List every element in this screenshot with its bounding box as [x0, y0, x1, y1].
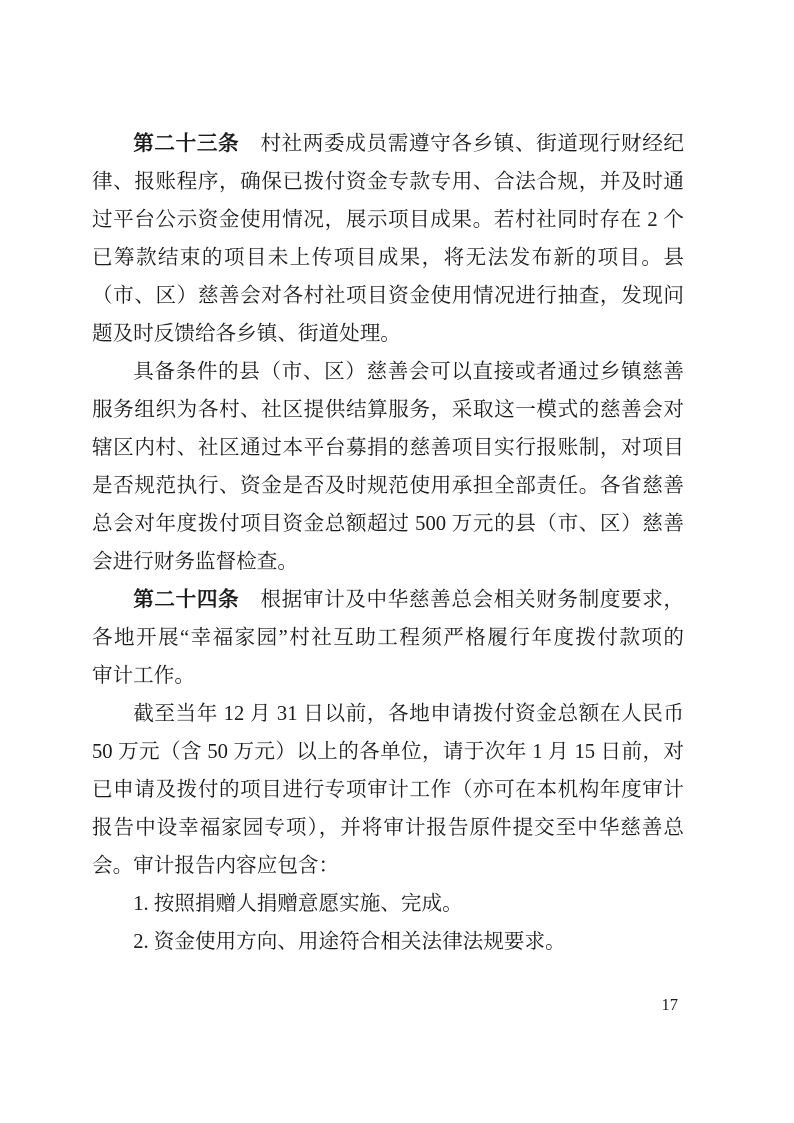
text-line: （市、区）慈善会对各村社项目资金使用情况进行抽查，发现问	[92, 277, 684, 315]
paragraph-end-line: 题及时反馈给各乡镇、街道处理。	[92, 315, 684, 353]
article-24-opening-line: 第二十四条 根据审计及中华慈善总会相关财务制度要求，	[92, 581, 684, 619]
text-line: 辖区内村、社区通过本平台募捐的慈善项目实行报账制，对项目	[92, 429, 684, 467]
text-line: 根据审计及中华慈善总会相关财务制度要求，	[239, 589, 684, 611]
document-body: 第二十三条 村社两委成员需遵守各乡镇、街道现行财经纪 律、报账程序，确保已拨付资…	[92, 125, 684, 961]
numbered-item-1: 1. 按照捐赠人捐赠意愿实施、完成。	[92, 885, 684, 923]
article-23-opening-line: 第二十三条 村社两委成员需遵守各乡镇、街道现行财经纪	[92, 125, 684, 163]
text-line: 报告中设幸福家园专项），并将审计报告原件提交至中华慈善总	[92, 809, 684, 847]
paragraph-end-line: 会。审计报告内容应包含：	[92, 847, 684, 885]
text-line: 是否规范执行、资金是否及时规范使用承担全部责任。各省慈善	[92, 467, 684, 505]
paragraph-end-line: 审计工作。	[92, 657, 684, 695]
paragraph-end-line: 会进行财务监督检查。	[92, 543, 684, 581]
text-line: 已筹款结束的项目未上传项目成果，将无法发布新的项目。县	[92, 239, 684, 277]
article-23-label: 第二十三条	[133, 133, 239, 155]
text-line: 律、报账程序，确保已拨付资金专款专用、合法合规，并及时通	[92, 163, 684, 201]
paragraph-start-line: 具备条件的县（市、区）慈善会可以直接或者通过乡镇慈善	[92, 353, 684, 391]
numbered-item-2: 2. 资金使用方向、用途符合相关法律法规要求。	[92, 923, 684, 961]
text-line: 村社两委成员需遵守各乡镇、街道现行财经纪	[239, 133, 684, 155]
page-number: 17	[662, 995, 679, 1014]
text-line: 过平台公示资金使用情况，展示项目成果。若村社同时存在 2 个	[92, 201, 684, 239]
text-line: 服务组织为各村、社区提供结算服务，采取这一模式的慈善会对	[92, 391, 684, 429]
document-page: 第二十三条 村社两委成员需遵守各乡镇、街道现行财经纪 律、报账程序，确保已拨付资…	[0, 0, 794, 1123]
article-24-label: 第二十四条	[133, 589, 239, 611]
text-line: 各地开展“幸福家园”村社互助工程须严格履行年度拨付款项的	[92, 619, 684, 657]
page-footer: 17	[92, 994, 684, 1015]
text-line: 已申请及拨付的项目进行专项审计工作（亦可在本机构年度审计	[92, 771, 684, 809]
paragraph-start-line: 截至当年 12 月 31 日以前，各地申请拨付资金总额在人民币	[92, 695, 684, 733]
text-line: 50 万元（含 50 万元）以上的各单位，请于次年 1 月 15 日前，对	[92, 733, 684, 771]
text-line: 总会对年度拨付项目资金总额超过 500 万元的县（市、区）慈善	[92, 505, 684, 543]
